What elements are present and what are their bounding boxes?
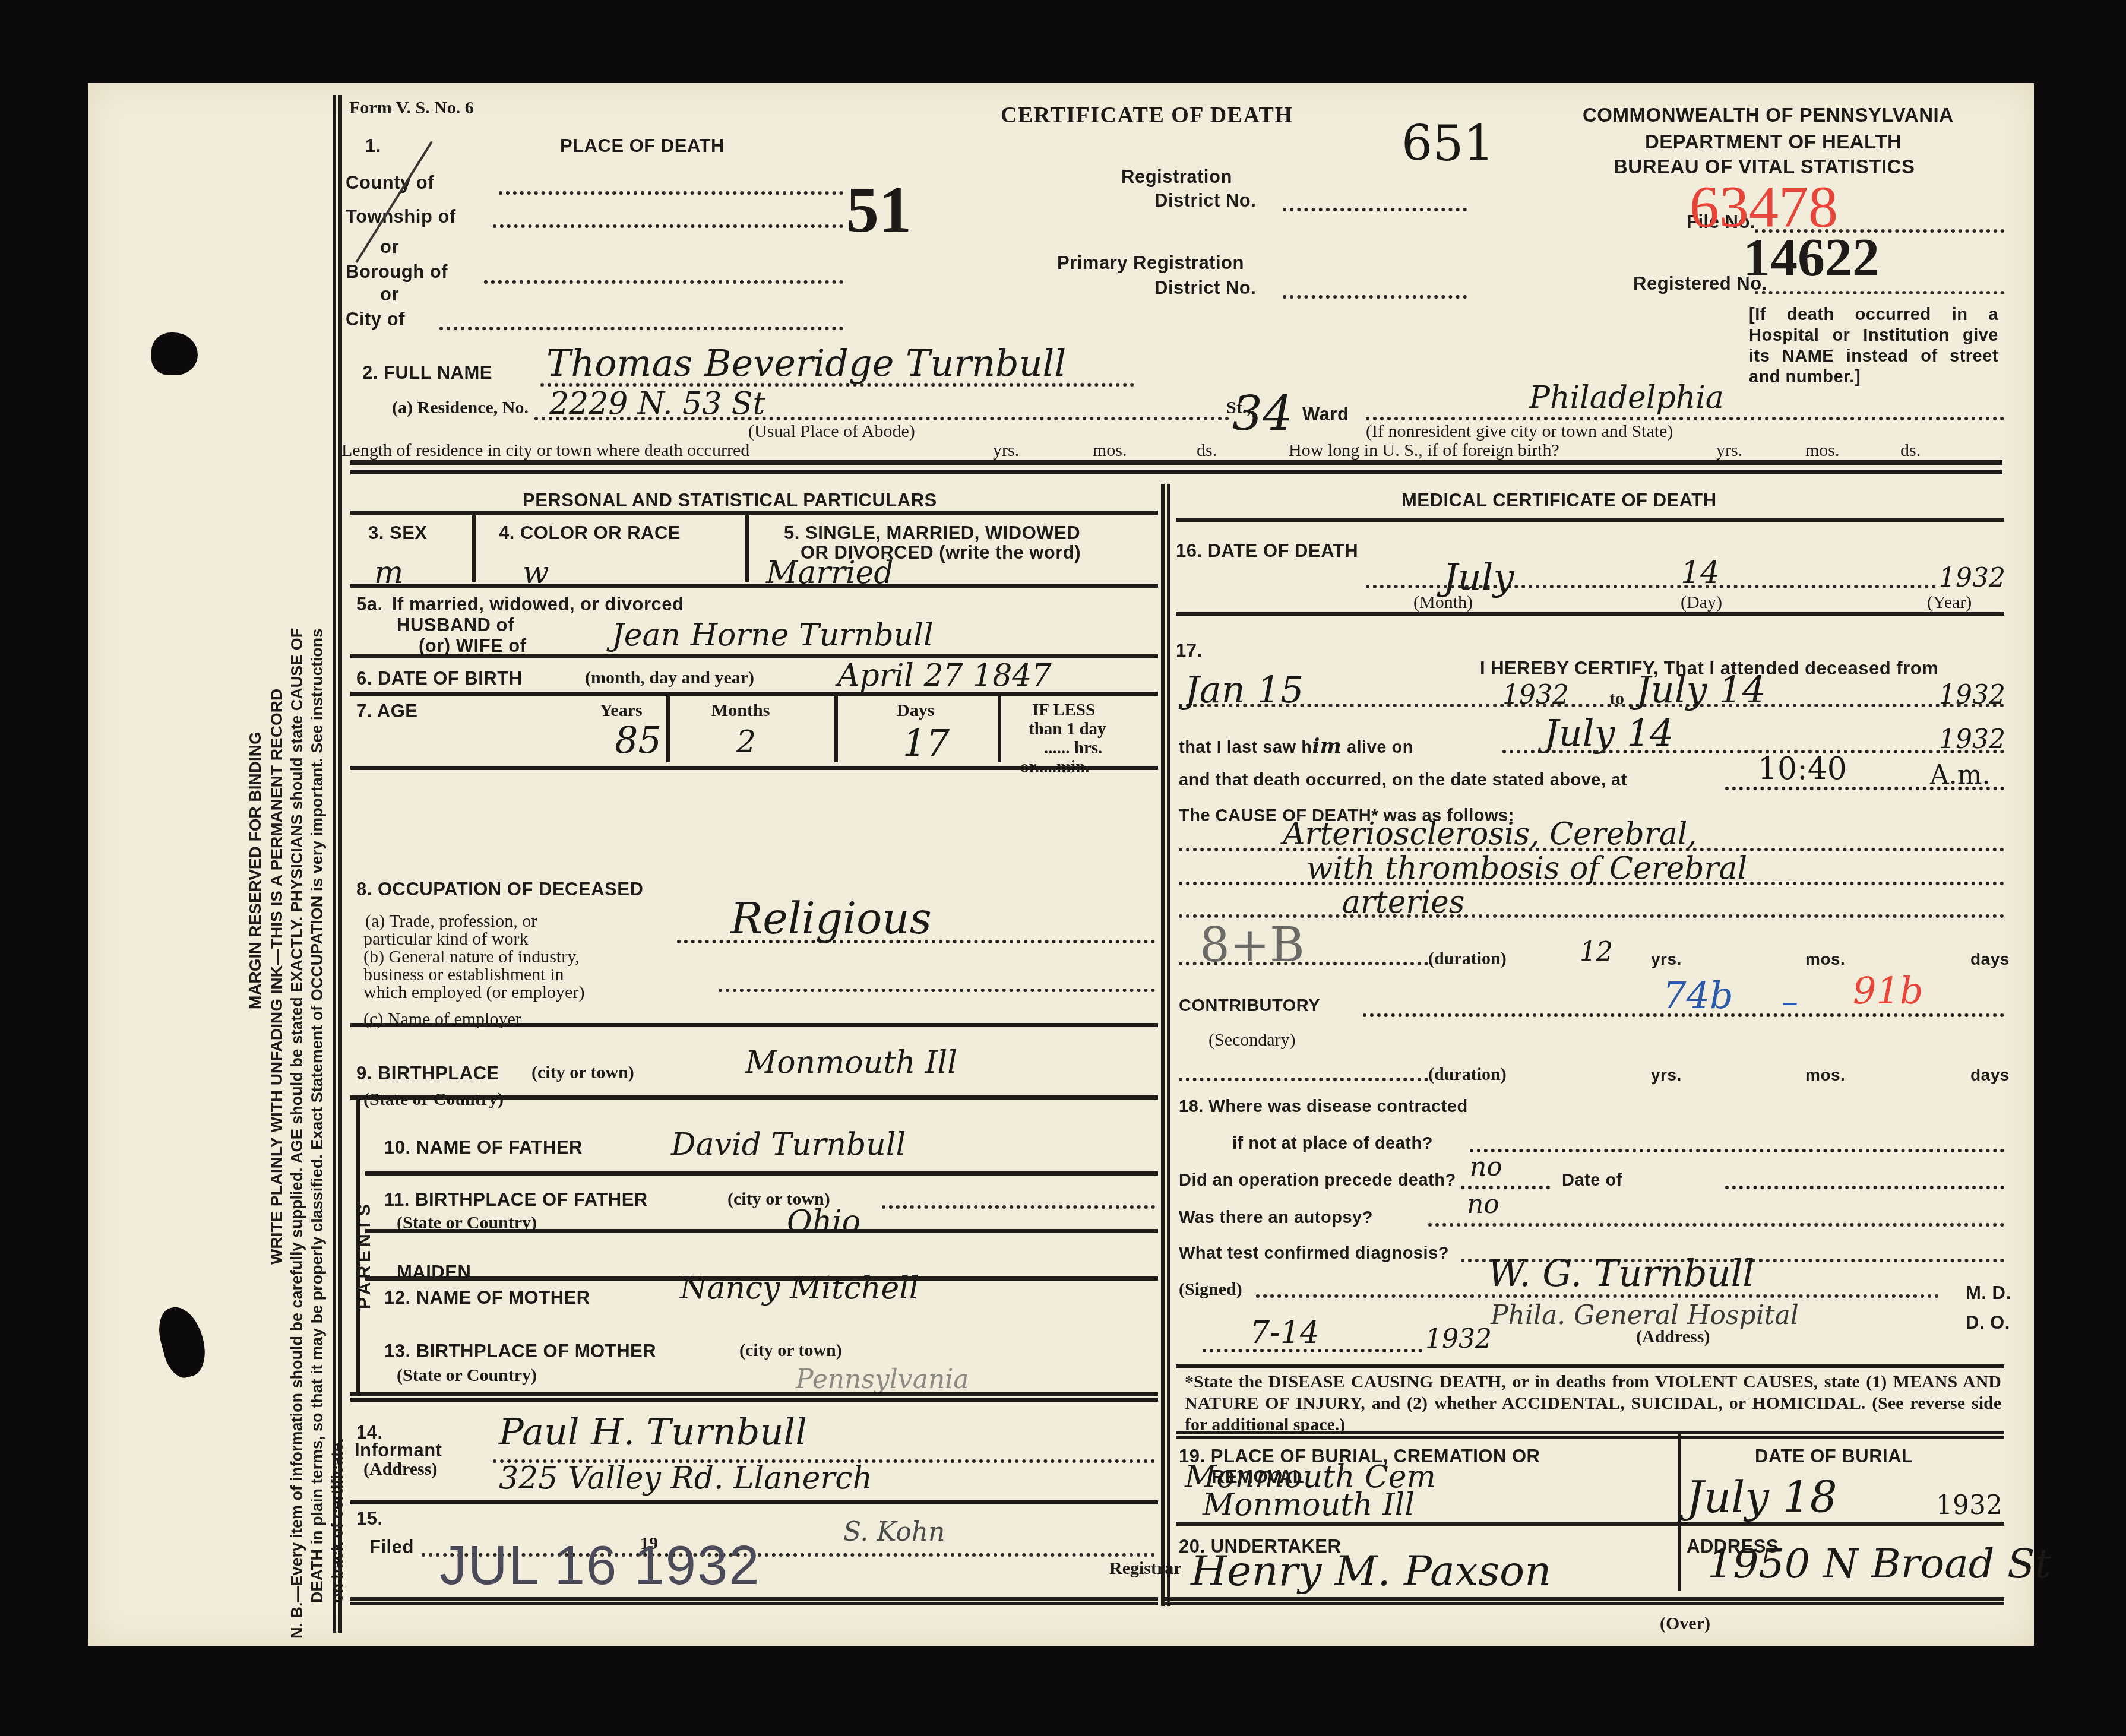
form-number: Form V. S. No. 6 (349, 98, 474, 118)
primary-registration-label: Primary Registration (1057, 252, 1244, 274)
age-months-label: Months (711, 701, 770, 721)
spouse-label-3: (or) WIFE of (419, 635, 527, 657)
rule (350, 1500, 1158, 1504)
district-stamp: 51 (846, 172, 912, 248)
date-of-death-label: 16. DATE OF DEATH (1176, 540, 1358, 562)
occupation-b-field[interactable] (719, 989, 1155, 992)
secondary-days-label: days (1970, 1066, 2010, 1085)
abode-note: (Usual Place of Abode) (748, 422, 915, 442)
father-name-label: 10. NAME OF FATHER (384, 1137, 583, 1158)
place-of-death-heading: PLACE OF DEATH (560, 135, 725, 157)
age-days-label: Days (897, 701, 934, 721)
last-saw-year[interactable]: 1932 (1939, 724, 2005, 755)
birthplace-hint: (city or town) (531, 1063, 634, 1083)
occupation-a-label-1: (a) Trade, profession, or (365, 911, 537, 932)
foreign-birth-label: How long in U. S., if of foreign birth? (1289, 441, 1559, 461)
secondary-label: (Secondary) (1208, 1030, 1296, 1050)
rule (365, 1171, 1158, 1176)
contributory-code-blue: 74b (1663, 974, 1733, 1017)
death-time-value[interactable]: 10:40 (1758, 751, 1847, 787)
father-birthplace-value[interactable]: Ohio (787, 1204, 860, 1240)
township-field[interactable] (493, 224, 843, 228)
operation-value[interactable]: no (1470, 1152, 1502, 1182)
cause-line-1[interactable]: Arteriosclerosis, Cerebral, (1283, 816, 1697, 852)
header-divider (350, 460, 2002, 474)
residence-value[interactable]: 2229 N. 53 St (549, 386, 765, 422)
borough-label: Borough of (346, 261, 448, 283)
birthplace-value[interactable]: Monmouth Ill (745, 1045, 957, 1081)
rule (1176, 518, 2004, 522)
margin-ink-note: WRITE PLAINLY WITH UNFADING INK—THIS IS … (266, 689, 287, 1265)
sex-label: 3. SEX (368, 522, 428, 544)
county-field[interactable] (499, 191, 843, 195)
duration-yrs-label: yrs. (1651, 950, 1682, 969)
rule (350, 1597, 1158, 1605)
birthplace-hint-2: (State or Country) (363, 1089, 504, 1110)
occupation-b-label-2: business or establishment in (363, 965, 564, 985)
autopsy-label: Was there an autopsy? (1179, 1208, 1373, 1228)
code-dash: – (1782, 983, 1798, 1021)
physician-address[interactable]: Phila. General Hospital (1491, 1300, 1799, 1330)
not-place-label: if not at place of death? (1232, 1134, 1433, 1154)
death-day-value[interactable]: 14 (1681, 555, 1720, 591)
or-label: or (380, 284, 399, 305)
undertaker-value[interactable]: Henry M. Paxson (1191, 1547, 1551, 1595)
year-hint: (Year) (1927, 593, 1972, 613)
margin-instruction-1: N. B.—Every item of information should b… (286, 628, 308, 1639)
secondary-mos-label: mos. (1805, 1066, 1845, 1085)
registration-district-field[interactable] (1283, 208, 1467, 211)
spouse-number: 5a. (356, 594, 383, 615)
full-name-text: FULL NAME (384, 362, 492, 383)
filed-date-stamp: JUL 16 1932 (439, 1535, 760, 1597)
city-value[interactable]: Philadelphia (1529, 380, 1724, 416)
certify-number: 17. (1176, 640, 1203, 661)
sign-year-value[interactable]: 1932 (1425, 1324, 1492, 1354)
registration-label: Registration (1121, 166, 1232, 188)
secondary-duration-field[interactable] (1179, 1078, 1428, 1081)
medical-heading: MEDICAL CERTIFICATE OF DEATH (1401, 490, 1717, 511)
mother-birthplace-label: 13. BIRTHPLACE OF MOTHER (384, 1341, 656, 1362)
length-of-residence-label: Length of residence in city or town wher… (341, 441, 749, 461)
death-year-value[interactable]: 1932 (1939, 563, 2005, 593)
registered-number-stamp: 14622 (1743, 226, 1880, 289)
registrar-label: Registrar (1109, 1558, 1182, 1579)
sign-date-value[interactable]: 7-14 (1250, 1315, 1320, 1351)
parents-side-label: PARENTS (354, 1200, 375, 1309)
district-no-label: District No. (1154, 190, 1256, 211)
autopsy-value[interactable]: no (1467, 1189, 1499, 1219)
operation-date-field[interactable] (1725, 1186, 2004, 1189)
foreign-mos-label: mos. (1805, 441, 1840, 461)
rule (350, 1392, 1158, 1402)
physician-signature[interactable]: W. G. Turnbull (1488, 1252, 1754, 1295)
spouse-value[interactable]: Jean Horne Turnbull (612, 617, 934, 653)
age-less-label-2: than 1 day (1029, 720, 1106, 739)
secondary-duration-label: (duration) (1428, 1065, 1507, 1085)
borough-field[interactable] (484, 280, 843, 284)
informant-label: Informant (355, 1440, 442, 1461)
to-label: to (1609, 689, 1624, 709)
rule (350, 1095, 1158, 1100)
mother-name-label: 12. NAME OF MOTHER (384, 1287, 590, 1309)
margin-instruction-2: DEATH in plain terms, so that it may be … (306, 629, 328, 1603)
spouse-label-1: If married, widowed, or divorced (392, 594, 684, 615)
mother-birthplace-hint: (city or town) (739, 1341, 842, 1361)
handwritten-number: 651 (1401, 116, 1495, 172)
full-name-number: 2. (362, 362, 378, 383)
am-pm-value[interactable]: A.m. (1930, 760, 1990, 790)
last-saw-value[interactable]: July 14 (1544, 711, 1673, 755)
age-years-value[interactable]: 85 (615, 718, 662, 762)
attended-to-year[interactable]: 1932 (1939, 680, 2005, 710)
registrar-signature: S. Kohn (843, 1517, 945, 1547)
informant-address-label: (Address) (363, 1459, 437, 1480)
contracted-field[interactable] (1470, 1149, 2004, 1152)
marital-label-1: 5. SINGLE, MARRIED, WIDOWED (784, 522, 1080, 544)
primary-district-no-label: District No. (1154, 277, 1256, 299)
center-divider (1161, 484, 1170, 1606)
rule (745, 515, 749, 582)
cause-line-3[interactable]: arteries (1342, 885, 1464, 920)
rule (350, 692, 1158, 696)
last-saw-pronoun[interactable]: im (1312, 734, 1342, 758)
rule (1176, 612, 2004, 616)
attended-from-year[interactable]: 1932 (1502, 680, 1569, 710)
rule (350, 1023, 1158, 1027)
alive-on-text: alive on (1347, 738, 1413, 757)
duration-field[interactable] (1179, 962, 1428, 965)
informant-address-value[interactable]: 325 Valley Rd. Llanerch (499, 1461, 872, 1496)
margin-double-rule (333, 95, 342, 1633)
spouse-label-2: HUSBAND of (397, 614, 514, 636)
length-mos-label: mos. (1093, 441, 1127, 461)
duration-label: (duration) (1428, 949, 1507, 969)
father-name-value[interactable]: David Turnbull (671, 1127, 906, 1162)
last-saw-label: that I last saw him alive on (1179, 734, 1413, 758)
duration-years-value[interactable]: 12 (1580, 937, 1613, 967)
dob-value[interactable]: April 27 1847 (837, 658, 1052, 693)
city-label: City of (346, 309, 405, 330)
agency-commonwealth: COMMONWEALTH OF PENNSYLVANIA (1583, 104, 1953, 126)
race-label: 4. COLOR OR RACE (499, 522, 681, 544)
registered-no-field[interactable] (1755, 291, 2004, 294)
mother-birthplace-hint-2: (State or Country) (397, 1366, 537, 1386)
rule (365, 1229, 1158, 1233)
residence-label: (a) Residence, No. (392, 398, 529, 418)
full-name-label: 2. FULL NAME (362, 362, 492, 384)
md-label: M. D. (1966, 1282, 2011, 1304)
county-label: County of (346, 172, 434, 194)
ward-number-value[interactable]: 34 (1232, 386, 1293, 441)
city-field[interactable] (439, 327, 843, 330)
age-hours-field[interactable]: ...... hrs. (1044, 739, 1102, 758)
length-ds-label: ds. (1197, 441, 1217, 461)
rule (1176, 1431, 2004, 1439)
do-label: D. O. (1966, 1312, 2010, 1333)
rule (1176, 1364, 2004, 1368)
age-less-label-1: IF LESS (1032, 701, 1095, 720)
rule (1176, 1522, 2004, 1526)
township-label: Township of (346, 206, 456, 227)
margin-binding-note: MARGIN RESERVED FOR BINDING (245, 731, 266, 1009)
dob-hint: (month, day and year) (585, 668, 754, 688)
rule (666, 696, 670, 762)
duration-days-label: days (1970, 950, 2010, 969)
age-label: 7. AGE (356, 701, 418, 722)
ward-city-field[interactable] (1366, 417, 2004, 420)
contracted-label: 18. Where was disease contracted (1179, 1097, 1468, 1117)
rule (472, 515, 476, 582)
autopsy-field[interactable] (1428, 1223, 2004, 1227)
rule (998, 696, 1001, 762)
birthplace-label: 9. BIRTHPLACE (356, 1063, 499, 1084)
filed-number: 15. (356, 1508, 383, 1529)
burial-year-value[interactable]: 1932 (1936, 1490, 2002, 1520)
diagnosis-test-label: What test confirmed diagnosis? (1179, 1244, 1449, 1263)
rule (350, 584, 1158, 588)
ward-label: Ward (1302, 404, 1349, 425)
operation-date-label: Date of (1562, 1171, 1622, 1190)
mother-birthplace-value[interactable]: Pennsylvania (796, 1364, 969, 1395)
over-label: (Over) (1660, 1614, 1710, 1634)
occupation-b-label-3: which employed (or employer) (363, 983, 584, 1003)
cause-footnote: *State the DISEASE CAUSING DEATH, or in … (1185, 1371, 2001, 1436)
occupation-value[interactable]: Religious (730, 894, 932, 943)
attended-to-value[interactable]: July 14 (1636, 668, 1766, 711)
undertaker-address-value[interactable]: 1950 N Broad St (1707, 1541, 2051, 1588)
binder-hole (151, 332, 198, 375)
dob-label: 6. DATE OF BIRTH (356, 668, 523, 689)
month-hint: (Month) (1413, 593, 1473, 613)
burial-place-line-2[interactable]: Monmouth Ill (1203, 1487, 1415, 1523)
age-days-value[interactable]: 17 (903, 721, 950, 765)
rule (350, 511, 1158, 515)
or-label: or (380, 236, 399, 258)
informant-name-value[interactable]: Paul H. Turnbull (499, 1410, 807, 1453)
occupation-a-label-2: particular kind of work (363, 929, 528, 949)
occupation-label: 8. OCCUPATION OF DECEASED (356, 879, 643, 900)
foreign-yrs-label: yrs. (1716, 441, 1742, 461)
rule (1678, 1434, 1681, 1591)
duration-mos-label: mos. (1805, 950, 1845, 969)
place-of-death-number: 1. (365, 135, 381, 157)
rule (350, 766, 1158, 770)
signed-label: (Signed) (1179, 1279, 1242, 1300)
contributory-label: CONTRIBUTORY (1179, 996, 1320, 1016)
secondary-yrs-label: yrs. (1651, 1066, 1682, 1085)
agency-department: DEPARTMENT OF HEALTH (1645, 131, 1902, 153)
death-time-label: and that death occurred, on the date sta… (1179, 771, 1627, 790)
father-birthplace-label: 11. BIRTHPLACE OF FATHER (384, 1189, 648, 1211)
rule (1164, 1597, 2004, 1605)
personal-heading: PERSONAL AND STATISTICAL PARTICULARS (523, 490, 937, 511)
primary-district-field[interactable] (1283, 295, 1467, 299)
cause-line-2[interactable]: with thrombosis of Cerebral (1306, 851, 1747, 886)
burial-date-label: DATE OF BURIAL (1755, 1446, 1913, 1467)
address-hint: (Address) (1636, 1327, 1710, 1347)
nonresident-note: (If nonresident give city or town and St… (1366, 422, 1673, 442)
length-yrs-label: yrs. (993, 441, 1019, 461)
filed-label: Filed (369, 1537, 414, 1558)
rule (365, 1276, 1158, 1281)
attended-from-value[interactable]: Jan 15 (1185, 668, 1304, 711)
age-months-value[interactable]: 2 (736, 724, 756, 760)
certificate-title: CERTIFICATE OF DEATH (1001, 102, 1293, 128)
last-saw-text: that I last saw h (1179, 738, 1312, 757)
foreign-ds-label: ds. (1900, 441, 1921, 461)
day-hint: (Day) (1681, 593, 1722, 613)
age-years-label: Years (600, 701, 643, 721)
father-birthplace-field[interactable] (882, 1205, 1155, 1209)
hospital-note: [If death occurred in a Hospital or Inst… (1749, 305, 1998, 388)
occupation-b-label-1: (b) General nature of industry, (363, 947, 580, 967)
rule (834, 696, 838, 762)
full-name-value[interactable]: Thomas Beveridge Turnbull (546, 341, 1066, 385)
mother-name-value[interactable]: Nancy Mitchell (680, 1271, 919, 1306)
operation-label: Did an operation precede death? (1179, 1171, 1456, 1190)
contributory-code-red: 91b (1853, 969, 1923, 1012)
burial-date-value[interactable]: July 18 (1687, 1472, 1837, 1522)
